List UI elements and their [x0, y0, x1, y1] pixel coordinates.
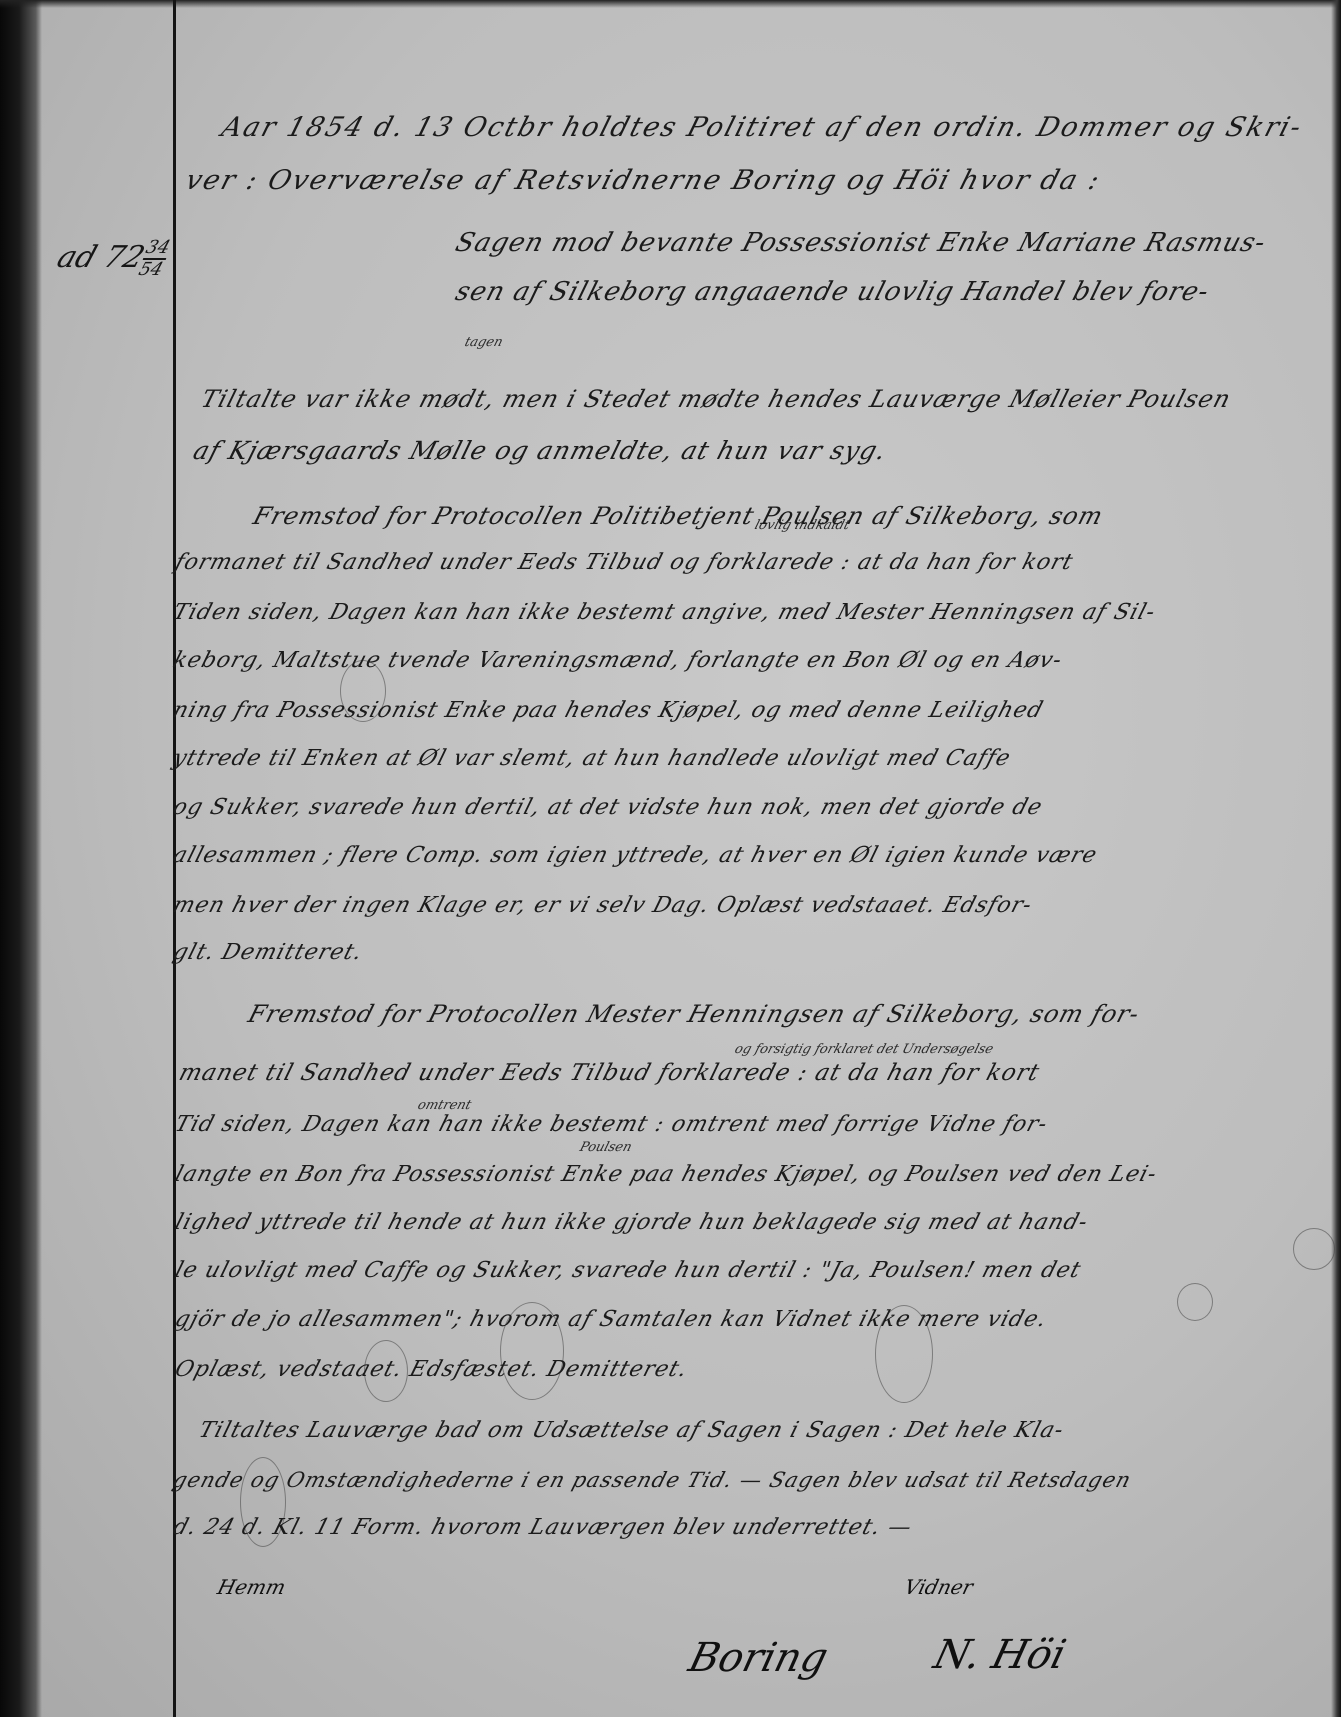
top-edge-shadow — [0, 0, 1341, 8]
paper-stain-ring — [1177, 1283, 1213, 1321]
paragraph-2-insert-line-3: omtrent — [416, 1098, 473, 1113]
paragraph-2-insert: og forsigtig forklaret det Undersøgelse — [733, 1042, 995, 1057]
right-edge-shadow — [1331, 0, 1341, 1717]
document-page: ad 723454 Aar 1854 d. 13 Octbr holdtes P… — [0, 0, 1341, 1717]
case-summary-line-2: sen af Silkeborg angaaende ulovlig Hande… — [452, 277, 1213, 307]
paragraph-1-line-7: og Sukker, svarede hun dertil, at det vi… — [170, 795, 1046, 820]
witness-label: Vidner — [902, 1575, 976, 1599]
paragraph-1-line-5: ning fra Possessionist Enke paa hendes K… — [170, 698, 1046, 723]
paragraph-1-line-2: formanet til Sandhed under Eeds Tilbud o… — [172, 550, 1076, 575]
paragraph-1-line-8: allesammen ; flere Comp. som igien yttre… — [170, 843, 1100, 868]
paragraph-2-line-1: Fremstod for Protocollen Mester Hennings… — [245, 1000, 1143, 1028]
case-summary-line-3: Tiltalte var ikke mødt, men i Stedet mød… — [198, 385, 1234, 413]
case-summary-line-4: af Kjærsgaards Mølle og anmeldte, at hun… — [190, 436, 890, 465]
paragraph-2-line-3: Tid siden, Dagen kan han ikke bestemt : … — [172, 1112, 1051, 1137]
paragraph-3-line-1: Tiltaltes Lauværge bad om Udsættelse af … — [196, 1418, 1067, 1443]
paragraph-1-line-1: Fremstod for Protocollen Politibetjent P… — [250, 502, 1107, 530]
fraction-denominator: 54 — [136, 260, 165, 280]
header-line-1: Aar 1854 d. 13 Octbr holdtes Politiret a… — [218, 112, 1307, 143]
paragraph-2-line-2: manet til Sandhed under Eeds Tilbud fork… — [176, 1060, 1043, 1086]
margin-reference-note: ad 723454 — [51, 238, 172, 280]
paragraph-1-line-6: yttrede til Enken at Øl var slemt, at hu… — [170, 746, 1014, 771]
paragraph-1-line-3: Tiden siden, Dagen kan han ikke bestemt … — [170, 600, 1159, 625]
paragraph-2-line-4: langte en Bon fra Possessionist Enke paa… — [172, 1162, 1160, 1187]
signature-hoi: N. Höi — [929, 1632, 1070, 1678]
case-summary-line-1: Sagen mod bevante Possessionist Enke Mar… — [452, 228, 1270, 258]
case-summary-insert: tagen — [463, 335, 505, 350]
paragraph-1-line-9: men hver der ingen Klage er, er vi selv … — [170, 893, 1035, 918]
paragraph-3-line-2: gende og Omstændighederne i en passende … — [170, 1468, 1134, 1492]
margin-note-prefix: ad 72 — [53, 240, 149, 275]
paragraph-2-line-6: le ulovligt med Caffe og Sukker, svarede… — [172, 1258, 1084, 1283]
signature-boring: Boring — [684, 1635, 832, 1681]
closing-left-word: Hemm — [215, 1575, 288, 1599]
paragraph-2-line-5: lighed yttrede til hende at hun ikke gjo… — [172, 1210, 1091, 1235]
paragraph-2-insert-line-4: Poulsen — [578, 1140, 634, 1155]
paragraph-3-line-3: d. 24 d. Kl. 11 Form. hvorom Lauværgen b… — [170, 1515, 915, 1540]
binding-shadow — [0, 0, 42, 1717]
paragraph-1-line-10: glt. Demitteret. — [170, 940, 366, 965]
paragraph-2-line-8: Oplæst, vedstaaet. Edsfæstet. Demitteret… — [172, 1357, 691, 1382]
paper-stain-ring — [1293, 1228, 1335, 1270]
paragraph-1-line-4: keborg, Maltstue tvende Vareningsmænd, f… — [170, 648, 1065, 673]
paragraph-2-line-7: gjör de jo allesammen"; hvorom af Samtal… — [172, 1307, 1050, 1332]
header-line-2: ver : Overværelse af Retsvidnerne Boring… — [182, 165, 1105, 196]
